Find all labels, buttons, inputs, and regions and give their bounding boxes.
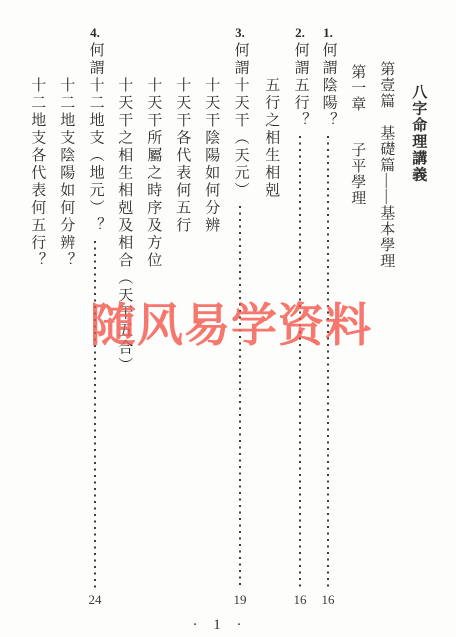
toc-entry-pagenum: 19 bbox=[234, 593, 247, 606]
dotted-leader bbox=[94, 241, 96, 589]
toc-entry-number: 3. bbox=[235, 26, 245, 39]
toc-entry-4: 4. 何謂十二地支（地元）？ 24 bbox=[80, 26, 110, 606]
chapter-subheading-label: 子平學理 bbox=[349, 142, 365, 206]
toc-entry-title: 何謂十天干（天元） bbox=[231, 42, 248, 200]
toc-subentry: 十天干陰陽如何分辨 bbox=[202, 77, 219, 235]
dotted-leader bbox=[239, 206, 241, 589]
toc-entry-pagenum: 24 bbox=[89, 593, 102, 606]
chapter-heading-label: 第一章 bbox=[349, 64, 365, 112]
part-heading-label: 第壹篇 bbox=[378, 61, 394, 109]
page-footer-number: · 1 · bbox=[150, 617, 290, 634]
toc-entry-number: 1. bbox=[323, 26, 333, 39]
toc-subentry: 十天干各代表何五行 bbox=[173, 77, 190, 235]
part-heading: 第壹篇基礎篇——基本學理 bbox=[377, 61, 394, 269]
toc-entry-number: 4. bbox=[90, 26, 100, 39]
toc-entry-pagenum: 16 bbox=[294, 593, 307, 606]
toc-entry-number: 2. bbox=[295, 26, 305, 39]
scanned-book-page: 八字命理講義 第壹篇基礎篇——基本學理 第一章子平學理 1. 何謂陰陽？ 16 … bbox=[0, 0, 456, 637]
part-subheading-label: 基礎篇——基本學理 bbox=[378, 125, 394, 269]
book-title: 八字命理講義 bbox=[409, 84, 426, 183]
toc-entry-3: 3. 何謂十天干（天元） 19 bbox=[225, 26, 255, 606]
toc-entry-1: 1. 何謂陰陽？ 16 bbox=[313, 26, 343, 606]
dotted-leader bbox=[299, 136, 301, 589]
toc-subentry: 十天干所屬之時序及方位 bbox=[144, 77, 161, 270]
toc-entry-2: 2. 何謂五行？ 16 bbox=[285, 26, 315, 606]
toc-subentry: 五行之相生相剋 bbox=[262, 77, 279, 200]
toc-entry-title: 何謂十二地支（地元）？ bbox=[86, 42, 103, 235]
toc-subentry: 十天干之相生相剋及相合（天干五合） bbox=[115, 77, 132, 375]
toc-subentry: 十二地支陰陽如何分辨？ bbox=[57, 77, 74, 270]
toc-entry-title: 何謂五行？ bbox=[291, 42, 308, 130]
dotted-leader bbox=[327, 136, 329, 589]
chapter-heading: 第一章子平學理 bbox=[348, 64, 365, 206]
toc-entry-title: 何謂陰陽？ bbox=[319, 42, 336, 130]
toc-entry-pagenum: 16 bbox=[322, 593, 335, 606]
toc-subentry: 十二地支各代表何五行？ bbox=[28, 77, 45, 270]
